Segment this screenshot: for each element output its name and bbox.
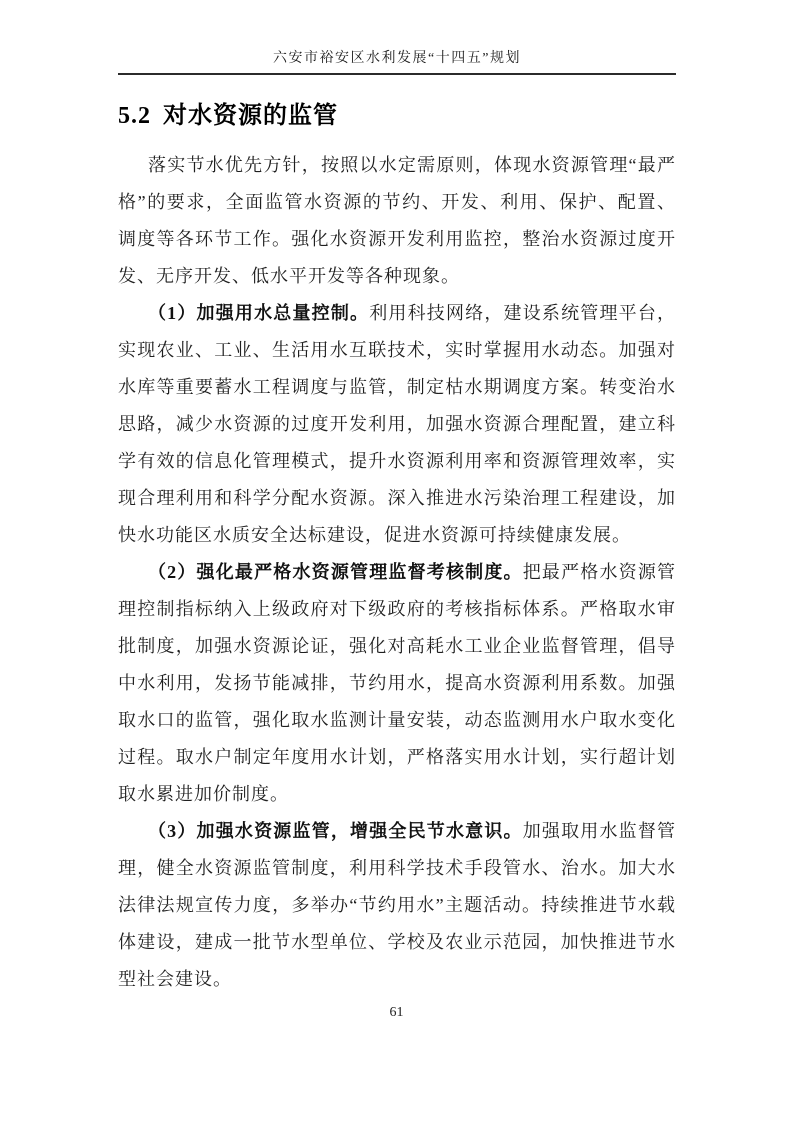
section-number: 5.2 — [118, 101, 151, 131]
header-divider — [118, 73, 676, 75]
page-number: 61 — [0, 1005, 793, 1021]
section-title: 对水资源的监管 — [163, 103, 338, 129]
paragraph-lead-bold: （2）强化最严格水资源管理监督考核制度。 — [148, 562, 523, 582]
paragraph-lead-bold: （1）加强用水总量控制。 — [148, 303, 369, 323]
running-header-text: 六安市裕安区水利发展“十四五”规划 — [273, 51, 521, 66]
paragraph-text: 利用科技网络，建设系统管理平台，实现农业、工业、生活用水互联技术，实时掌握用水动… — [118, 303, 676, 545]
paragraph-lead-bold: （3）加强水资源监管，增强全民节水意识。 — [148, 821, 523, 841]
section-heading: 5.2对水资源的监管 — [118, 101, 676, 131]
body-paragraph: 落实节水优先方针，按照以水定需原则，体现水资源管理“最严格”的要求，全面监管水资… — [118, 147, 676, 295]
body-paragraph: （3）加强水资源监管，增强全民节水意识。加强取用水监督管理，健全水资源监管制度，… — [118, 813, 676, 998]
paragraph-text: 落实节水优先方针，按照以水定需原则，体现水资源管理“最严格”的要求，全面监管水资… — [118, 155, 676, 286]
paragraph-text: 把最严格水资源管理控制指标纳入上级政府对下级政府的考核指标体系。严格取水审批制度… — [118, 562, 676, 804]
body-paragraph: （1）加强用水总量控制。利用科技网络，建设系统管理平台，实现农业、工业、生活用水… — [118, 295, 676, 554]
document-page: 六安市裕安区水利发展“十四五”规划 5.2对水资源的监管 落实节水优先方针，按照… — [0, 0, 793, 1122]
page-content: 六安市裕安区水利发展“十四五”规划 5.2对水资源的监管 落实节水优先方针，按照… — [118, 0, 676, 998]
body-text: 落实节水优先方针，按照以水定需原则，体现水资源管理“最严格”的要求，全面监管水资… — [118, 147, 676, 998]
paragraph-text: 加强取用水监督管理，健全水资源监管制度，利用科学技术手段管水、治水。加大水法律法… — [118, 821, 676, 989]
running-header: 六安市裕安区水利发展“十四五”规划 — [118, 0, 676, 75]
body-paragraph: （2）强化最严格水资源管理监督考核制度。把最严格水资源管理控制指标纳入上级政府对… — [118, 554, 676, 813]
